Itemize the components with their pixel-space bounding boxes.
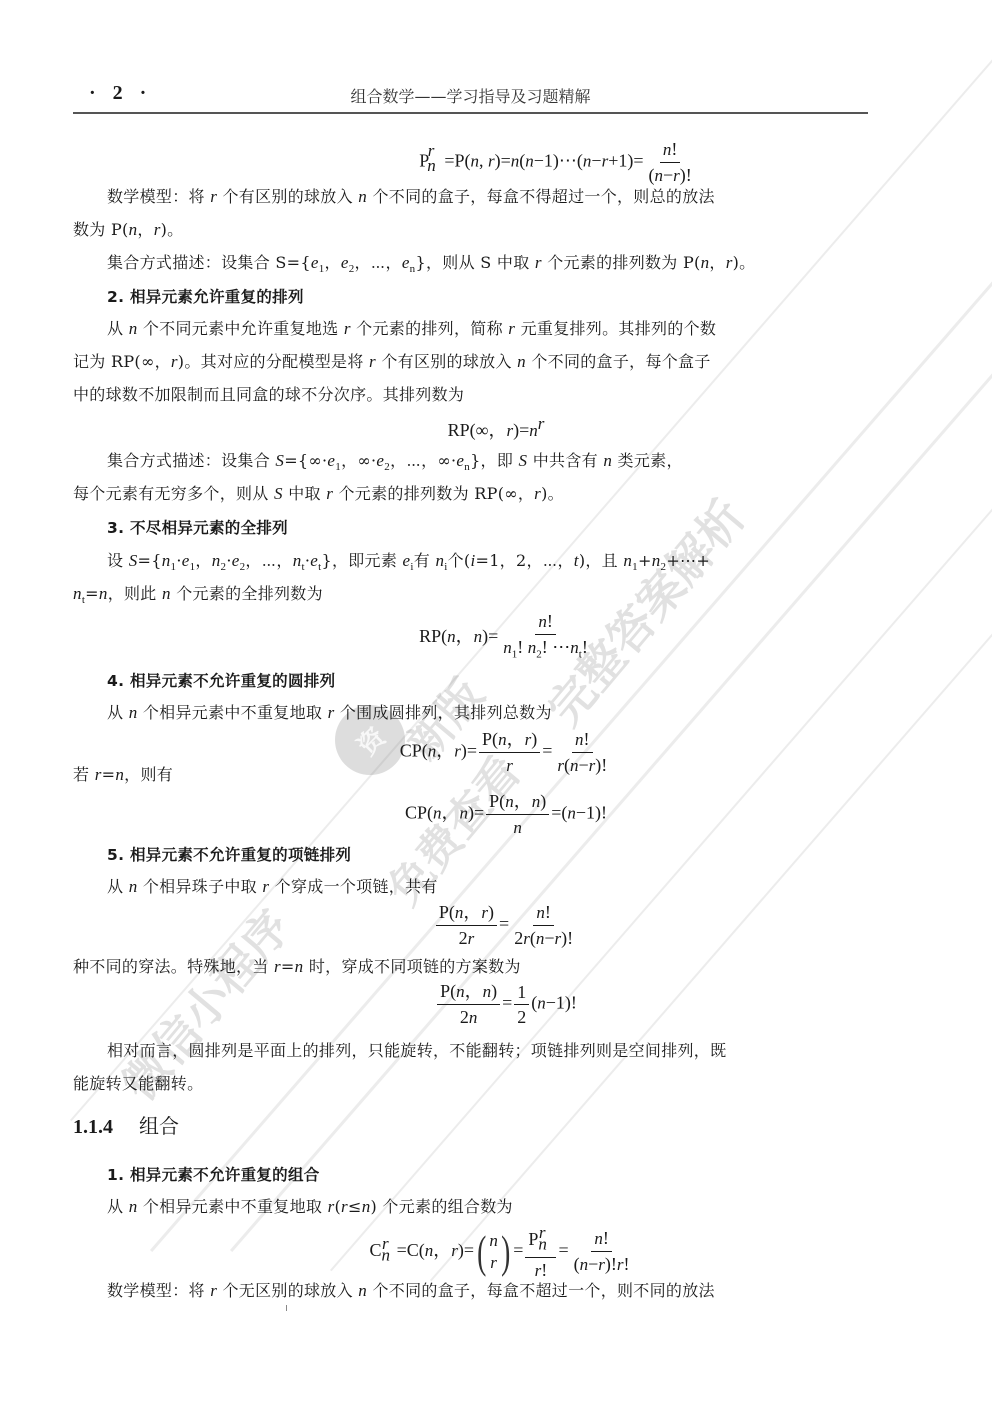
formula-cp-nn: CP(n，n)=P(n，n)n=(n−1)! [10, 790, 992, 839]
paragraph-circular: 从 n 个相异元素中不重复地取 r 个围成圆排列，其排列总数为 [107, 702, 552, 724]
paragraph-set-description: 集合方式描述：设集合 S={e1，e2，⋯，en}，则从 S 中取 r 个元素的… [107, 252, 755, 280]
paragraph-combination: 从 n 个相异元素中不重复地取 r(r≤n) 个元素的组合数为 [107, 1196, 513, 1218]
page-header: · 2 · 组合数学——学习指导及习题精解 [73, 80, 868, 110]
formula-rp-multiset: RP(n，n)=n!n1! n2! ⋯nt! [10, 610, 992, 666]
heading-repeated-permutation: 2. 相异元素允许重复的排列 [107, 286, 304, 308]
paragraph-set-infinity-line1: 集合方式描述：设集合 S={∞·e1，∞·e2，⋯，∞·en}，即 S 中共含有… [107, 450, 683, 478]
heading-circular-permutation: 4. 相异元素不允许重复的圆排列 [107, 670, 335, 692]
formula-permutation: Pnr=P(n, r)=n(n−1)⋯(n−r+1)=n!(n−r)! [62, 138, 992, 187]
formula-rp-infinity: RP(∞，r)=nr [0, 414, 992, 442]
formula-combination: Cnr=C(n，r)=(nr)=Pnrr!=n!(n−r)!r! [6, 1222, 992, 1282]
paragraph-multiset-line1: 设 S={n1·e1，n2·e2，⋯，nt·et}，即元素 ei有 ni个(i=… [107, 550, 710, 578]
running-title: 组合数学——学习指导及习题精解 [73, 84, 868, 107]
paragraph-combination-model: 数学模型：将 r 个无区别的球放入 n 个不同的盒子，每盒不超过一个，则不同的放… [107, 1280, 715, 1302]
paragraph-necklace: 从 n 个相异珠子中取 r 个穿成一个项链，共有 [107, 876, 438, 898]
paragraph-comparison-line1: 相对而言，圆排列是平面上的排列，只能旋转，不能翻转；项链排列则是空间排列，既 [107, 1040, 726, 1062]
paragraph-model-line2: 数为 P(n，r)。 [73, 219, 183, 241]
paragraph-if-r-equals-n: 若 r=n，则有 [73, 764, 173, 786]
section-heading-combination: 1.1.4组合 [73, 1110, 179, 1139]
paragraph-repeat-line1: 从 n 个不同元素中允许重复地选 r 个元素的排列，简称 r 元重复排列。其排列… [107, 318, 716, 340]
paragraph-repeat-line3: 中的球数不加限制而且同盒的球不分次序。其排列数为 [73, 384, 464, 406]
formula-necklace-nn: P(n，n)2n=12(n−1)! [10, 980, 992, 1029]
watermark-stripe [230, 118, 992, 1252]
document-page: 微信小程序 资 免费查看 新版 完整答案解析 · 2 · 组合数学——学习指导及… [0, 0, 992, 1403]
heading-multiset-permutation: 3. 不尽相异元素的全排列 [107, 517, 288, 539]
paragraph-multiset-line2: nt=n，则此 n 个元素的全排列数为 [73, 583, 323, 611]
section-number: 1.1.4 [73, 1116, 113, 1138]
heading-necklace-permutation: 5. 相异元素不允许重复的项链排列 [107, 844, 351, 866]
paragraph-necklace-special: 种不同的穿法。特殊地，当 r=n 时，穿成不同项链的方案数为 [73, 956, 521, 978]
formula-necklace-nr: P(n，r)2r=n!2r(n−r)! [10, 901, 992, 950]
print-artifact [286, 1305, 287, 1311]
paragraph-comparison-line2: 能旋转又能翻转。 [73, 1073, 203, 1095]
paragraph-repeat-line2: 记为 RP(∞，r)。其对应的分配模型是将 r 个有区别的球放入 n 个不同的盒… [73, 351, 711, 373]
heading-distinct-combination: 1. 相异元素不允许重复的组合 [107, 1164, 320, 1186]
paragraph-set-infinity-line2: 每个元素有无穷多个，则从 S 中取 r 个元素的排列数为 RP(∞，r)。 [73, 483, 564, 505]
paragraph-model-line1: 数学模型：将 r 个有区别的球放入 n 个不同的盒子，每盒不得超过一个，则总的放… [107, 186, 715, 208]
header-rule [73, 112, 868, 114]
section-title: 组合 [139, 1114, 179, 1138]
